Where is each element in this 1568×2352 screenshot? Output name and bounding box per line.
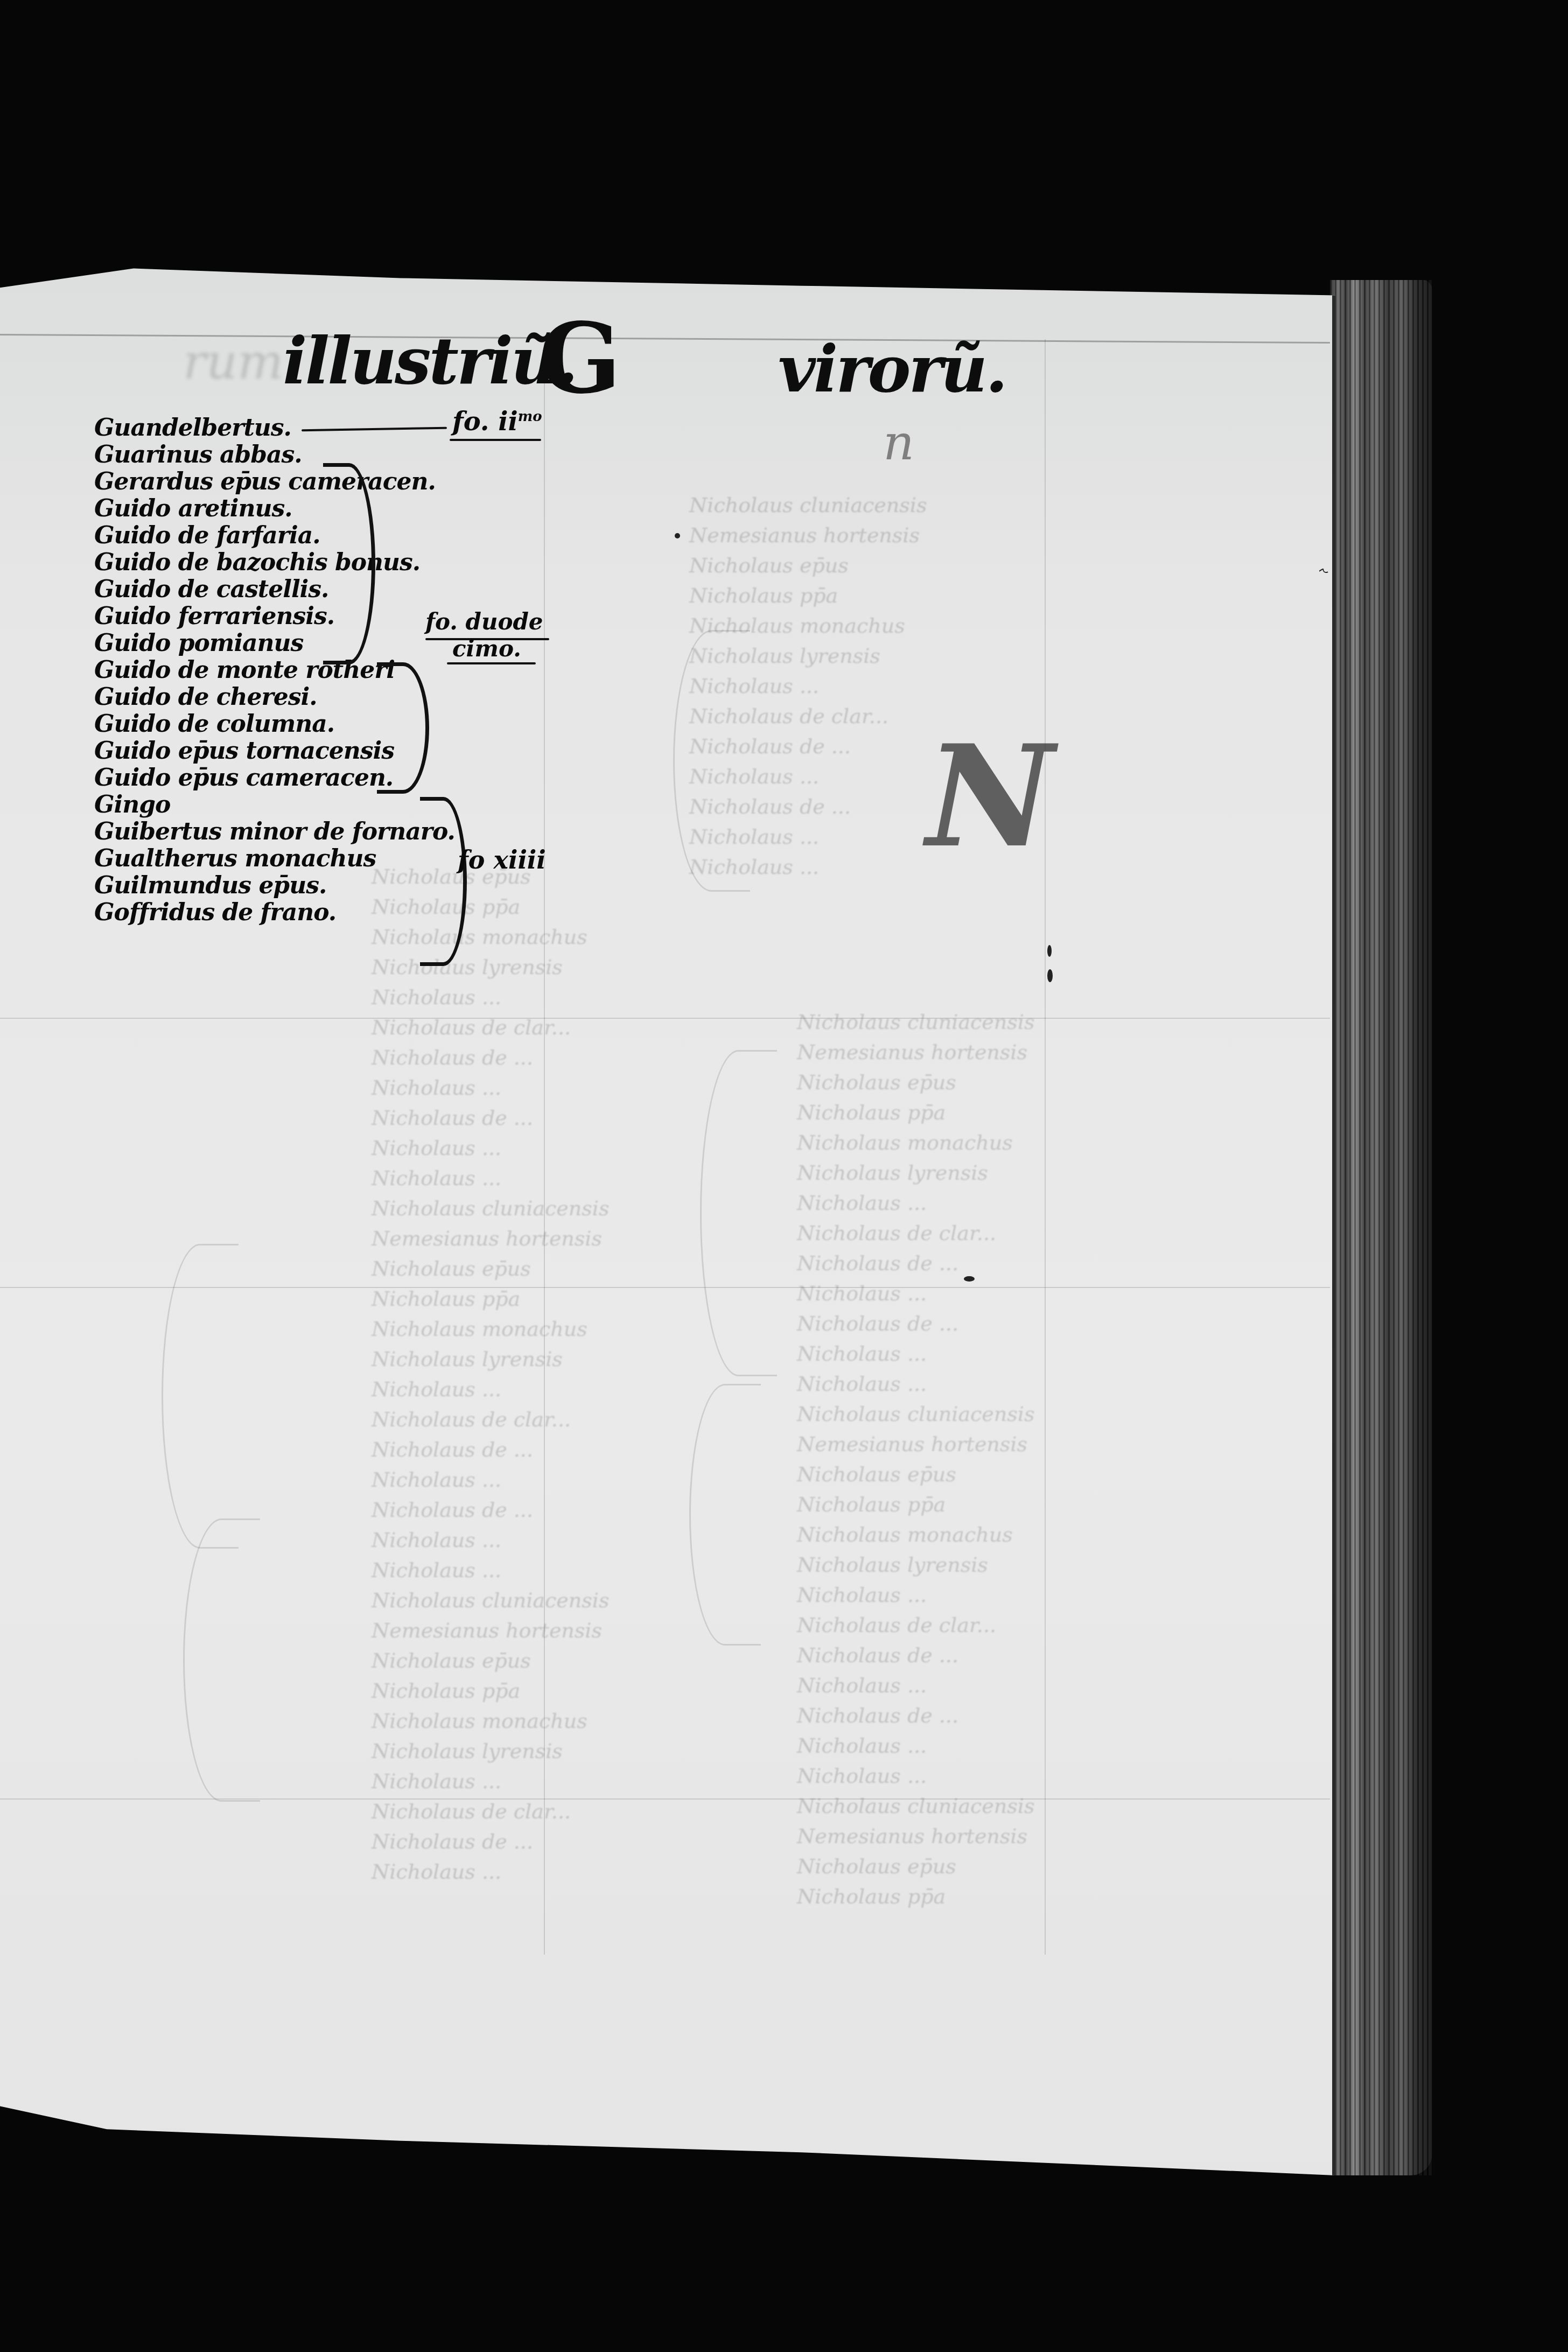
folio-reference-3: fo xiiii xyxy=(458,845,546,874)
ghost-line: Nicholaus ... xyxy=(797,1670,1035,1700)
ghost-line: Nemesianus hortensis xyxy=(689,520,927,550)
ghost-line: Nicholaus ... xyxy=(372,1133,610,1163)
ghost-line: Nicholaus ... xyxy=(372,1555,610,1585)
ghost-line: Nicholaus monachus xyxy=(797,1128,1035,1158)
ink-speck xyxy=(675,533,680,538)
ghost-line: Nicholaus monachus xyxy=(797,1520,1035,1550)
folio-text: fo. ii xyxy=(452,407,518,437)
ghost-line: Nicholaus ep̄us xyxy=(372,1254,610,1284)
ghost-line: Nicholaus de ... xyxy=(797,1640,1035,1670)
ghost-line: Nicholaus lyrensis xyxy=(372,1344,610,1374)
ghost-header-text: rum xyxy=(183,334,283,390)
ghost-line: Nicholaus monachus xyxy=(372,922,610,952)
ghost-line: Nicholaus lyrensis xyxy=(372,952,610,982)
index-entry: Goffridus de frano. xyxy=(94,899,455,926)
ghost-line: Nicholaus lyrensis xyxy=(372,1736,610,1766)
ghost-line: Nemesianus hortensis xyxy=(797,1037,1035,1067)
ghost-line: Nicholaus pp̄a xyxy=(372,1284,610,1314)
index-entry: Guilmundus ep̄us. xyxy=(94,872,455,899)
ghost-bracket xyxy=(689,1384,761,1646)
ghost-line: Nicholaus de ... xyxy=(797,1248,1035,1278)
folio-underline xyxy=(447,662,536,664)
ink-speck xyxy=(1047,969,1053,982)
ghost-line: Nicholaus pp̄a xyxy=(372,1676,610,1706)
ghost-line: Nicholaus cluniacensis xyxy=(797,1007,1035,1037)
ghost-line: Nicholaus ... xyxy=(372,1525,610,1555)
ink-speck xyxy=(964,1276,975,1282)
index-entry: Guarinus abbas. xyxy=(94,442,455,468)
ghost-bracket xyxy=(700,1050,777,1376)
ghost-line: Nicholaus ... xyxy=(797,1339,1035,1369)
index-entry: Guido ferrariensis. xyxy=(94,603,455,630)
ghost-line: Nicholaus de clar... xyxy=(797,1218,1035,1248)
bleedthrough-middle-column: Nicholaus ep̄us Nicholaus pp̄a Nicholaus… xyxy=(372,862,610,1887)
index-entry: Guido de castellis. xyxy=(94,576,455,603)
book-fore-edge xyxy=(1330,280,1432,2175)
index-entry: Guido pomianus xyxy=(94,630,455,657)
ghost-line: Nicholaus de clar... xyxy=(372,1012,610,1042)
ghost-line: Nicholaus de ... xyxy=(372,1042,610,1073)
ghost-line: Nicholaus cluniacensis xyxy=(689,490,927,520)
ink-speck xyxy=(1047,945,1052,957)
ghost-line: Nicholaus ... xyxy=(372,1073,610,1103)
ghost-line: Nicholaus lyrensis xyxy=(797,1158,1035,1188)
ghost-line: Nicholaus de ... xyxy=(372,1826,610,1857)
guide-letter: n xyxy=(883,415,914,471)
index-entry: Guido aretinus. xyxy=(94,495,455,522)
ghost-line: Nicholaus ep̄us xyxy=(372,1646,610,1676)
ghost-line: Nicholaus ... xyxy=(372,1465,610,1495)
index-entry: Gerardus ep̄us cameracen. xyxy=(94,468,455,495)
folio-reference-1: fo. iimo xyxy=(452,407,542,437)
ghost-line: Nicholaus de clar... xyxy=(372,1796,610,1826)
ghost-bracket xyxy=(162,1244,239,1549)
ghost-line: Nicholaus cluniacensis xyxy=(372,1585,610,1615)
ghost-line: Nicholaus de ... xyxy=(797,1700,1035,1731)
ghost-line: Nemesianus hortensis xyxy=(372,1615,610,1646)
ghost-line: Nicholaus cluniacensis xyxy=(797,1791,1035,1821)
bracket-group-3 xyxy=(420,797,467,966)
ghost-line: Nicholaus de ... xyxy=(372,1434,610,1465)
column-ruling-right xyxy=(1045,339,1046,1955)
ghost-line: Nicholaus de ... xyxy=(372,1495,610,1525)
ghost-line: Nicholaus monachus xyxy=(372,1314,610,1344)
index-entry: Guido de bazochis bonus. xyxy=(94,549,455,576)
ghost-line: Nicholaus ... xyxy=(797,1188,1035,1218)
ghost-line: Nicholaus de clar... xyxy=(797,1610,1035,1640)
ghost-line: Nicholaus ep̄us xyxy=(797,1067,1035,1097)
header-word-illustrium: illustriũ. xyxy=(283,323,576,399)
ghost-line: Nicholaus ... xyxy=(372,1374,610,1404)
ghost-line: Nicholaus pp̄a xyxy=(797,1489,1035,1520)
ghost-line: Nicholaus pp̄a xyxy=(797,1097,1035,1128)
folio-superscript: mo xyxy=(518,409,542,425)
ghost-line: Nemesianus hortensis xyxy=(797,1821,1035,1851)
index-entry: Gingo xyxy=(94,792,455,818)
bleedthrough-initial-N: N xyxy=(926,727,1088,867)
ghost-line: Nicholaus ... xyxy=(797,1761,1035,1791)
index-entry: Guido de farfaria. xyxy=(94,522,455,549)
ghost-line: Nicholaus ... xyxy=(372,982,610,1012)
ghost-line: Nicholaus lyrensis xyxy=(797,1550,1035,1580)
ghost-line: Nicholaus ... xyxy=(372,1766,610,1796)
ghost-line: Nicholaus cluniacensis xyxy=(797,1399,1035,1429)
folio-underline xyxy=(450,439,541,441)
folio-reference-2: fo. duode xyxy=(425,608,543,635)
bracket-group-2 xyxy=(377,662,429,794)
ruling-line xyxy=(0,1018,1330,1019)
ghost-line: Nicholaus ep̄us xyxy=(797,1459,1035,1489)
ghost-line: Nicholaus ... xyxy=(372,1163,610,1193)
page-edge-lines xyxy=(1330,280,1432,2175)
index-entry: Guibertus minor de fornaro. xyxy=(94,818,455,845)
corner-mark: ˞ xyxy=(1319,560,1328,585)
ghost-line: Nicholaus ... xyxy=(797,1580,1035,1610)
ghost-line: Nicholaus cluniacensis xyxy=(372,1193,610,1223)
ghost-line: Nemesianus hortensis xyxy=(797,1429,1035,1459)
ghost-line: Nicholaus pp̄a xyxy=(797,1881,1035,1912)
ghost-line: Nicholaus ... xyxy=(797,1731,1035,1761)
ghost-line: Nicholaus de ... xyxy=(372,1103,610,1133)
ghost-line: Nicholaus ... xyxy=(797,1278,1035,1308)
header-word-virorum: virorũ. xyxy=(778,331,1006,407)
ghost-line: Nicholaus pp̄a xyxy=(689,580,927,611)
ghost-line: Nicholaus monachus xyxy=(372,1706,610,1736)
index-entry: Gualtherus monachus xyxy=(94,845,455,872)
ghost-line: Nicholaus de ... xyxy=(797,1308,1035,1339)
ghost-bracket xyxy=(183,1518,260,1802)
header-initial-G: G xyxy=(538,302,621,415)
ruling-line xyxy=(0,1798,1330,1800)
ghost-line: Nicholaus ... xyxy=(372,1857,610,1887)
manuscript-page: rum Nicholaus cluniacensis Nemesianus ho… xyxy=(0,253,1335,2175)
ghost-bracket xyxy=(673,630,750,892)
bleedthrough-column-lower: Nicholaus cluniacensis Nemesianus horten… xyxy=(797,1007,1035,1912)
ghost-line: Nicholaus ep̄us xyxy=(797,1851,1035,1881)
ghost-line: Nemesianus hortensis xyxy=(372,1223,610,1254)
ghost-line: Nicholaus ... xyxy=(797,1369,1035,1399)
ghost-line: Nicholaus de clar... xyxy=(372,1404,610,1434)
ghost-line: Nicholaus ep̄us xyxy=(689,550,927,580)
folio-reference-2-cont: cimo. xyxy=(452,635,521,662)
bracket-group-1 xyxy=(323,463,375,664)
